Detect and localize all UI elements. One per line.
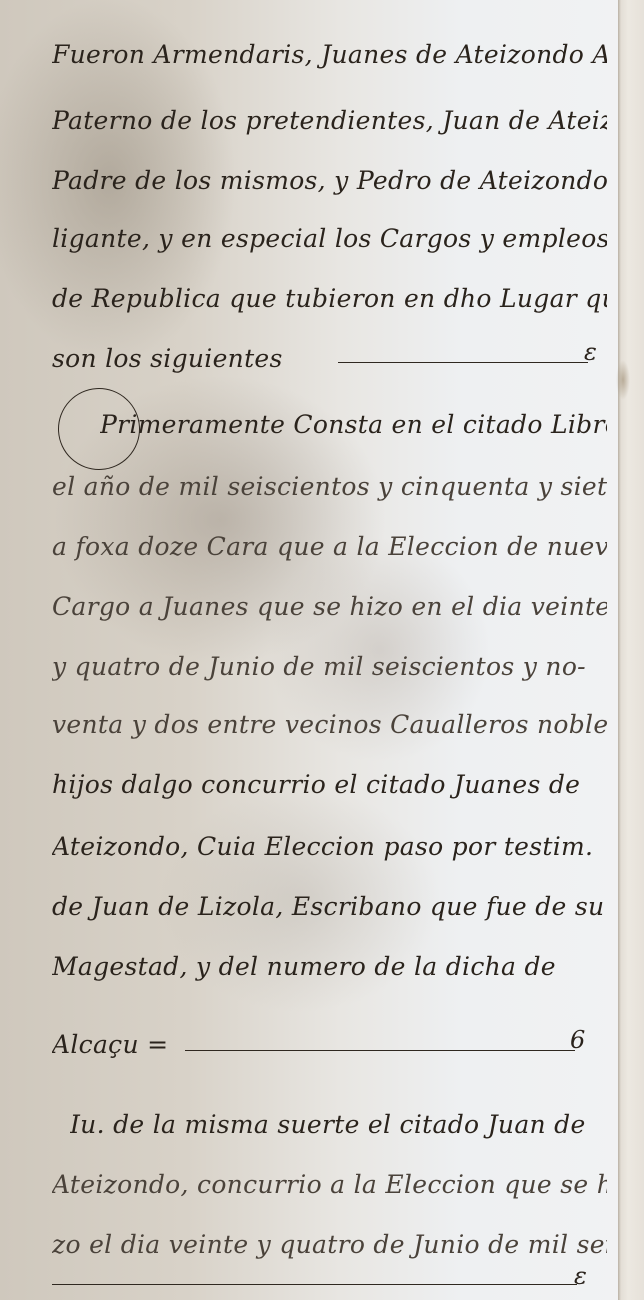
rule-flourish-3: ε	[574, 1262, 587, 1290]
text-line-13: hijos dalgo concurrio el citado Juanes d…	[52, 770, 607, 799]
closing-rule	[52, 1284, 577, 1285]
text-line-15: de Juan de Lizola, Escribano que fue de …	[52, 892, 607, 921]
text-line-18: Iu. de la misma suerte el citado Juan de	[70, 1110, 607, 1139]
page-gutter	[618, 0, 644, 1300]
text-line-1: Fueron Armendaris, Juanes de Ateizondo A…	[52, 40, 607, 69]
rule-flourish-1: ε	[584, 338, 597, 366]
line-end-rule-2	[185, 1050, 575, 1051]
text-line-19: Ateizondo, concurrio a la Eleccion que s…	[52, 1170, 607, 1199]
text-line-10: Cargo a Juanes que se hizo en el dia vei…	[52, 592, 607, 621]
text-line-11: y quatro de Junio de mil seiscientos y n…	[52, 652, 607, 681]
text-line-8: el año de mil seiscientos y cinquenta y …	[52, 472, 607, 501]
text-line-16: Magestad, y del numero de la dicha de	[52, 952, 607, 981]
text-line-14: Ateizondo, Cuia Eleccion paso por testim…	[52, 832, 607, 861]
text-line-12: venta y dos entre vecinos Caualleros nob…	[52, 710, 607, 739]
text-line-17: Alcaçu =	[52, 1030, 182, 1059]
text-line-9: a foxa doze Cara que a la Eleccion de nu…	[52, 532, 607, 561]
text-line-6: son los siguientes =	[52, 344, 292, 373]
text-line-20: zo el dia veinte y quatro de Junio de mi…	[52, 1230, 607, 1259]
rule-flourish-2: 6	[570, 1026, 585, 1054]
line-end-rule-1	[338, 362, 588, 363]
text-line-2: Paterno de los pretendientes, Juan de At…	[52, 106, 607, 135]
text-line-5: de Republica que tubieron en dho Lugar q…	[52, 284, 607, 313]
text-line-4: ligante, y en especial los Cargos y empl…	[52, 224, 607, 253]
text-line-3: Padre de los mismos, y Pedro de Ateizond…	[52, 166, 607, 195]
text-line-7: Primeramente Consta en el citado Libro d…	[100, 410, 607, 439]
manuscript-text: Fueron Armendaris, Juanes de Ateizondo A…	[0, 0, 620, 1300]
